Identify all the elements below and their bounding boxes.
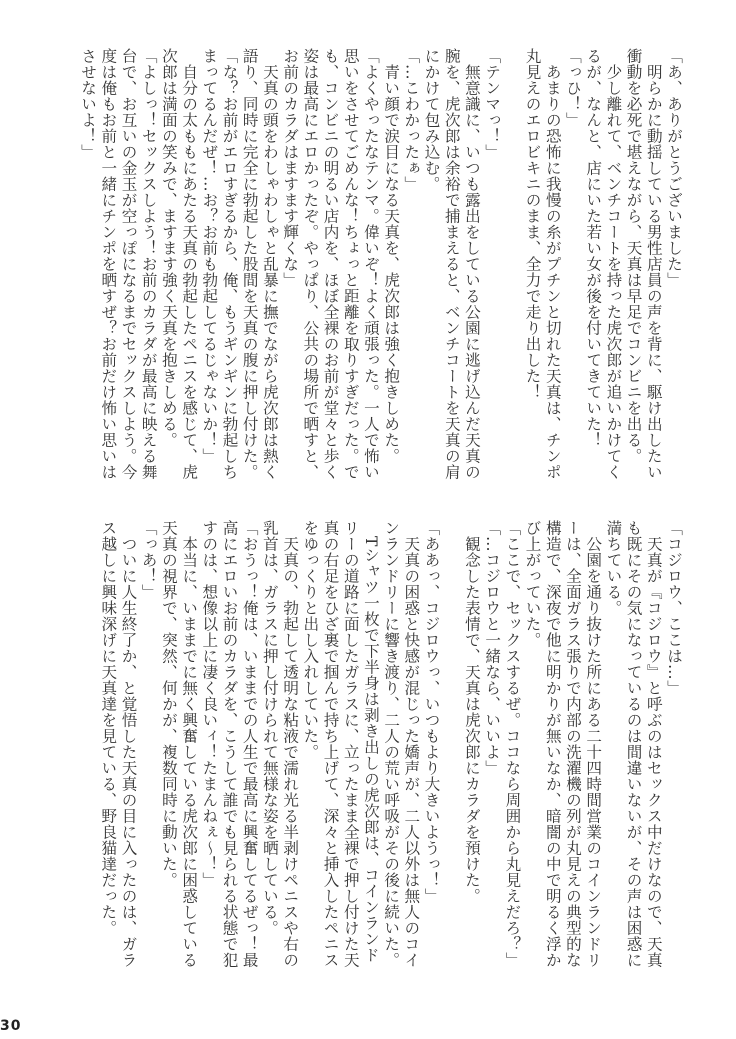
paragraph: あまりの恐怖に我慢の糸がプチンと切れた天真は、チンポ丸見えのエロビキニのまま、全… [522, 48, 562, 494]
paragraph-spacer [442, 520, 462, 972]
paragraph: 無意識に、いつも露出をしている公園に逃げ込んだ天真の腕を、虎次郎は余裕で捕まえる… [421, 48, 482, 494]
paragraph: 自分の太ももにあたる天真の勃起したペニスを感じて、虎次郎は満面の笑みで、ますます… [159, 48, 199, 494]
paragraph: 「ああっ、コジロウっ、いつもより大きいようっ！」 [421, 520, 441, 972]
paragraph: ついに人生終了か、と覚悟した天真の目に入ったのは、ガラス越しに興味深げに天真達を… [98, 520, 138, 972]
paragraph: 観念した表情で、天真は虎次郎にカラダを預けた。 [462, 520, 482, 972]
paragraph: 天真の困惑と快感が混じった嬌声が、二人以外は無人のコインランドリーに響き渡り、二… [381, 520, 421, 972]
paragraph: 「…コジロウと一緒なら、いいよ」 [482, 520, 502, 972]
paragraph: 「…こわかったぁ」 [401, 48, 421, 494]
upper-text-block: 「あ、ありがとうございました」 明らかに動揺している男性店員の声を背に、駆け出し… [44, 48, 684, 494]
paragraph: 「よしっ！セックスしよう！お前のカラダが最高に映える舞台で、お互いの金玉が空っぽ… [78, 48, 159, 494]
paragraph: 「テンマっ！」 [482, 48, 502, 494]
paragraph: 天真が『コジロウ』と呼ぶのはセックス中だけなので、天真も既にその気になっているの… [603, 520, 664, 972]
lower-text-block: 「コジロウ、ここは…」 天真が『コジロウ』と呼ぶのはセックス中だけなので、天真も… [44, 520, 684, 972]
paragraph: 「おうっ！俺は、いままでの人生で最高に興奮してるぜっ！最高にエロいお前のカラダを… [199, 520, 260, 972]
paragraph: 青い顔で涙目になる天真を、虎次郎は強く抱きしめた。 [381, 48, 401, 494]
paragraph: 明らかに動揺している男性店員の声を背に、駆け出したい衝動を必死で堪えながら、天真… [623, 48, 663, 494]
paragraph: 「よくやったなテンマ。偉いぞ！よく頑張った。一人で怖い思いをさせてごめんな！ちょ… [280, 48, 381, 494]
paragraph: 「ここで、セックスするぜ。ココなら周囲から丸見えだろ？」 [502, 520, 522, 972]
paragraph: 「コジロウ、ここは…」 [664, 520, 684, 972]
paragraph: 天真の頭をわしゃわしゃと乱暴に撫でながら虎次郎は熱く語り、同時に完全に勃起した股… [240, 48, 280, 494]
paragraph-spacer [502, 48, 522, 494]
paragraph: 公園を通り抜けた所にある二十四時間営業のコインランドリーは、全面ガラス張りで内部… [522, 520, 603, 972]
paragraph: Tシャツ一枚で下半身は剥き出しの虎次郎は、コインランドリーの道路に面したガラスに… [300, 520, 381, 972]
page-number: 30 [0, 1018, 21, 1034]
paragraph: 「っひ！」 [563, 48, 583, 494]
paragraph: 「あ、ありがとうございました」 [664, 48, 684, 494]
paragraph: 天真の、勃起して透明な粘液で濡れ光る半剥けペニスや右の乳首は、ガラスに押し付けら… [260, 520, 300, 972]
paragraph: 「っあ！」 [139, 520, 159, 972]
paragraph: 本当に、いままでに無く興奮している虎次郎に困惑している天真の視界で、突然、何かが… [159, 520, 199, 972]
paragraph: 「な？お前がエロすぎるから、俺、もうギンギンに勃起しちまってるんだぜ！…お？お前… [199, 48, 239, 494]
paragraph: 少し離れて、ベンチコートを持った虎次郎が追いかけてくるが、なんと、店にいた若い女… [583, 48, 623, 494]
